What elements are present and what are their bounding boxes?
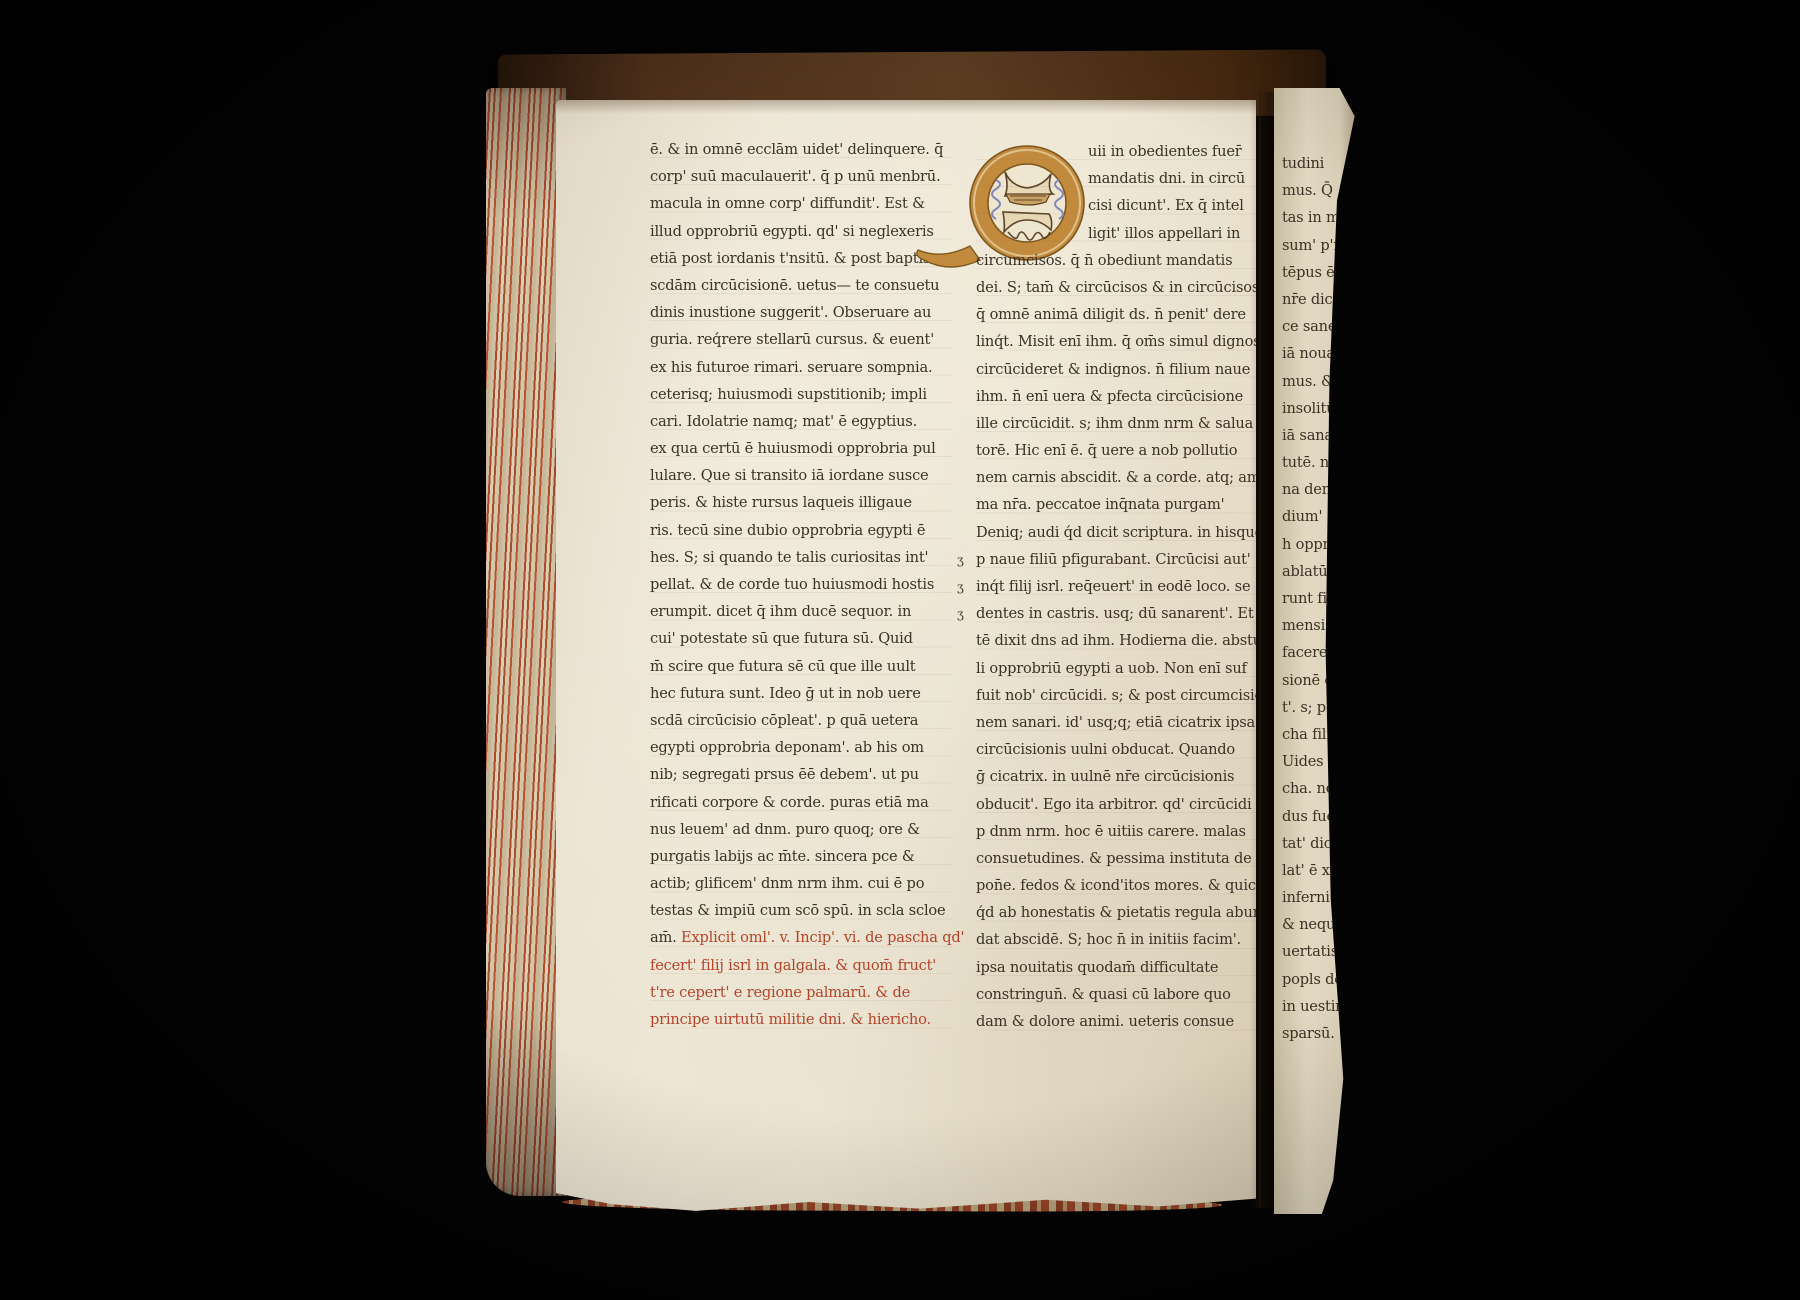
manuscript-text-line: nem carnis abscidit. & a corde. atq; am xyxy=(976,464,1278,491)
manuscript-text-line: ris. tecū sine dubio opprobria egypti ē xyxy=(650,517,952,544)
manuscript-text-line: insolitū xyxy=(1282,395,1368,422)
ink-text: purgatis labijs ac m̄te. sincera pce & xyxy=(650,848,915,865)
ink-text: ex his futuroe rimari. seruare sompnia. xyxy=(650,359,932,376)
manuscript-text-line: ex his futuroe rimari. seruare sompnia. xyxy=(650,354,952,381)
manuscript-text-line: egypti opprobria deponam'. ab his om xyxy=(650,734,952,761)
manuscript-text-line: ille circūcidit. s; ihm dnm nrm & salua xyxy=(976,410,1278,437)
ink-text: tē dixit dns ad ihm. Hodierna die. abstu xyxy=(976,632,1262,649)
ink-text: ris. tecū sine dubio opprobria egypti ē xyxy=(650,522,925,539)
manuscript-text-line: tēpus ē xyxy=(1282,259,1368,286)
manuscript-text-line: tas in m xyxy=(1282,204,1368,231)
manuscript-text-line: circūcideret & indignos. n̄ filium naue xyxy=(976,356,1278,383)
manuscript-text-line: hec futura sunt. Ideo ḡ ut in nob uere xyxy=(650,680,952,707)
manuscript-text-line: fuit nob' circūcidi. s; & post circumcis… xyxy=(976,682,1278,709)
ink-text: nus leuem' ad dnm. puro quoq; ore & xyxy=(650,821,920,838)
manuscript-text-line: q̄ omnē animā diligit ds. n̄ penit' dere xyxy=(976,301,1278,328)
manuscript-text-line: iā noua xyxy=(1282,340,1368,367)
manuscript-text-line: purgatis labijs ac m̄te. sincera pce & xyxy=(650,843,952,870)
ink-text: dei. S; tam̄ & circūcisos & in circūciso… xyxy=(976,279,1264,296)
ink-text: hes. S; si quando te talis curiositas in… xyxy=(650,549,928,566)
ink-text: facere po xyxy=(1282,644,1350,661)
ink-text: iā sanat xyxy=(1282,427,1339,444)
manuscript-text-line: p dnm nrm. hoc ē uitiis carere. malas xyxy=(976,818,1278,845)
manuscript-text-line: ipsa nouitatis quodam̄ difficultate xyxy=(976,954,1278,981)
rubric-text: Explicit oml'. v. Incip'. vi. de pascha … xyxy=(681,929,964,946)
ink-text: ex qua certū ē huiusmodi opprobria pul xyxy=(650,440,936,457)
manuscript-text-line: q́d ab honestatis & pietatis regula abun xyxy=(976,899,1278,926)
ink-text: li opprobriū egypti a uob. Non enī suf xyxy=(976,660,1247,677)
manuscript-text-line: in uestim xyxy=(1282,993,1368,1020)
ink-text: circūcisionis uulni obducat. Quando xyxy=(976,741,1235,758)
ink-text: t'. s; postea xyxy=(1282,699,1364,716)
manuscript-text-line: guria. req́rere stellarū cursus. & euent… xyxy=(650,326,952,353)
facing-page-sliver: tudinimus. Q̄tas in msum' p'ntēpus ēnr̄e… xyxy=(1274,88,1400,1214)
manuscript-text-line: ce saner xyxy=(1282,313,1368,340)
ink-text: constringun̄. & quasi cū labore quo xyxy=(976,986,1231,1003)
ink-text: nem carnis abscidit. & a corde. atq; am xyxy=(976,469,1260,486)
ink-text: tēpus ē xyxy=(1282,264,1335,281)
manuscript-text-line: t're cepert' e regione palmarū. & de xyxy=(650,979,952,1006)
manuscript-text-line: cui' potestate sū que futura sū. Quid xyxy=(650,625,952,652)
manuscript-text-line: actib; glificem' dnm nrm ihm. cui ē po xyxy=(650,870,952,897)
manuscript-text-line: na dem' xyxy=(1282,476,1368,503)
ink-text: lulare. Que si transito iā iordane susce xyxy=(650,467,929,484)
rubric-text: fecert' filij isrl in galgala. & quom̄ f… xyxy=(650,957,936,974)
ink-text: testas & impiū cum scō spū. in scla sclo… xyxy=(650,902,945,919)
manuscript-text-line: t'. s; postea xyxy=(1282,694,1368,721)
ink-text: scdām circūcisionē. uetus— te consuetu xyxy=(650,277,939,294)
ink-text: actib; glificem' dnm nrm ihm. cui ē po xyxy=(650,875,924,892)
ink-text: runt fili xyxy=(1282,590,1336,607)
ink-text: ligit' illos appellari in xyxy=(1088,225,1240,242)
ink-text: scdā circūcisio cōpleat'. p quā uetera xyxy=(650,712,918,729)
manuscript-text-line: testas & impiū cum scō spū. in scla sclo… xyxy=(650,897,952,924)
manuscript-text-line: ma nr̄a. peccatoe inq̄nata purgam' xyxy=(976,491,1278,518)
manuscript-text-line: dinis inustione suggerit'. Obseruare au xyxy=(650,299,952,326)
manuscript-text-line: dium' ea xyxy=(1282,503,1368,530)
manuscript-text-line: ʒinq́t filij isrl. req̄euert' in eodē lo… xyxy=(976,573,1278,600)
rubric-text: principe uirtutū militie dni. & hiericho… xyxy=(650,1011,931,1028)
manuscript-text-line: mus. & xyxy=(1282,368,1368,395)
manuscript-text-line: hes. S; si quando te talis curiositas in… xyxy=(650,544,952,571)
ink-text: cha filij i xyxy=(1282,726,1344,743)
ink-text: rificati corpore & corde. puras etiā ma xyxy=(650,794,929,811)
manuscript-text-line: cisi dicunt'. Ex q̄ intel xyxy=(976,192,1278,219)
ink-text: nr̄e dici xyxy=(1282,291,1337,308)
ink-text: mensis. H xyxy=(1282,617,1354,634)
manuscript-text-line: nib; segregati prsus ēē debem'. ut pu xyxy=(650,761,952,788)
manuscript-text-line: ihm. n̄ enī uera & pfecta circūcisione xyxy=(976,383,1278,410)
ink-text: tat' dicent xyxy=(1282,835,1355,852)
ink-text: mus. Q̄ xyxy=(1282,182,1333,199)
manuscript-text-line: ʒp naue filiū pfigurabant. Circūcisi aut… xyxy=(976,546,1278,573)
manuscript-text-line: constringun̄. & quasi cū labore quo xyxy=(976,981,1278,1008)
right-text-column: uii in obedientes fuer̄mandatis dni. in … xyxy=(976,138,1278,1035)
ink-text: ipsa nouitatis quodam̄ difficultate xyxy=(976,959,1218,976)
manuscript-text-line: sparsū. & xyxy=(1282,1020,1368,1047)
ink-text: dinis inustione suggerit'. Obseruare au xyxy=(650,304,931,321)
ink-text: ce saner xyxy=(1282,318,1343,335)
manuscript-text-line: dus fuer xyxy=(1282,803,1368,830)
ink-text: popls de xyxy=(1282,971,1343,988)
manuscript-photo: ē. & in omnē ecclām uidet' delinquere. q… xyxy=(0,0,1800,1300)
ink-text: dus fuer xyxy=(1282,808,1342,825)
manuscript-text-line: iā sanat xyxy=(1282,422,1368,449)
manuscript-text-line: principe uirtutū militie dni. & hiericho… xyxy=(650,1006,952,1033)
ink-text: consuetudines. & pessima instituta de xyxy=(976,850,1252,867)
ink-text: circūcideret & indignos. n̄ filium naue xyxy=(976,361,1250,378)
ink-text: am̄. xyxy=(650,929,681,946)
ink-text: circumcisos. q̄ n̄ obediunt mandatis xyxy=(976,252,1232,269)
ink-text: ē. & in omnē ecclām uidet' delinquere. q… xyxy=(650,141,943,158)
manuscript-text-line: cha. nemo xyxy=(1282,775,1368,802)
ink-text: pellat. & de corde tuo huiusmodi hostis xyxy=(650,576,934,593)
ink-text: etiā post iordanis t'nsitū. & post bapti… xyxy=(650,250,944,267)
ink-text: p naue filiū pfigurabant. Circūcisi aut' xyxy=(976,551,1251,568)
margin-quote-mark: ʒ xyxy=(957,574,964,601)
ink-text: fuit nob' circūcidi. s; & post circumcis… xyxy=(976,687,1263,704)
manuscript-text-line: nr̄e dici xyxy=(1282,286,1368,313)
ink-text: inferni to xyxy=(1282,889,1348,906)
ink-text: tudini xyxy=(1282,155,1324,172)
ink-text: cisi dicunt'. Ex q̄ intel xyxy=(1088,197,1244,214)
manuscript-text-line: mandatis dni. in circū xyxy=(976,165,1278,192)
ink-text: in uestim xyxy=(1282,998,1349,1015)
ink-text: Uides ḡ. q̄ xyxy=(1282,753,1355,770)
manuscript-text-line: tē dixit dns ad ihm. Hodierna die. abstu xyxy=(976,627,1278,654)
manuscript-text-line: cha filij i xyxy=(1282,721,1368,748)
ink-text: nem sanari. id' usq;q; etiā cicatrix ips… xyxy=(976,714,1255,731)
facing-page-text-column: tudinimus. Q̄tas in msum' p'ntēpus ēnr̄e… xyxy=(1282,150,1368,1047)
manuscript-text-line: sum' p'n xyxy=(1282,232,1368,259)
ink-text: h opprob xyxy=(1282,536,1347,553)
manuscript-text-line: tutē. nou xyxy=(1282,449,1368,476)
ink-text: hec futura sunt. Ideo ḡ ut in nob uere xyxy=(650,685,921,702)
ink-text: uii in obedientes fuer̄ xyxy=(1088,143,1242,160)
ink-text: corp' suū maculauerit'. q̄ p unū menbrū. xyxy=(650,168,940,185)
manuscript-text-line: mensis. H xyxy=(1282,612,1368,639)
ink-text: iā noua xyxy=(1282,345,1335,362)
manuscript-text-line: & nequic xyxy=(1282,911,1368,938)
manuscript-text-line: pellat. & de corde tuo huiusmodi hostis xyxy=(650,571,952,598)
manuscript-text-line: ligit' illos appellari in xyxy=(976,220,1278,247)
manuscript-text-line: m̄ scire que futura sē cū que ille uult xyxy=(650,653,952,680)
manuscript-text-line: circumcisos. q̄ n̄ obediunt mandatis xyxy=(976,247,1278,274)
ink-text: & nequic xyxy=(1282,916,1348,933)
ink-text: peris. & histe rursus laqueis illigaue xyxy=(650,494,912,511)
page-stack-fore-edge xyxy=(486,88,566,1196)
manuscript-text-line: ablatū ē xyxy=(1282,558,1368,585)
ink-text: lat' ē xpc. xyxy=(1282,862,1351,879)
manuscript-text-line: nem sanari. id' usq;q; etiā cicatrix ips… xyxy=(976,709,1278,736)
ink-text: uertatis. xyxy=(1282,943,1342,960)
ink-text: pon̄e. fedos & icond'itos mores. & quic xyxy=(976,877,1256,894)
margin-quote-mark: ʒ xyxy=(957,547,964,574)
manuscript-text-line: Uides ḡ. q̄ xyxy=(1282,748,1368,775)
ink-text: na dem' xyxy=(1282,481,1339,498)
manuscript-text-line: dat abscidē. S; hoc n̄ in initiis facim'… xyxy=(976,926,1278,953)
ink-text: dium' ea xyxy=(1282,508,1344,525)
ink-text: mandatis dni. in circū xyxy=(1088,170,1245,187)
ink-text: sum' p'n xyxy=(1282,237,1343,254)
ink-text: ihm. n̄ enī uera & pfecta circūcisione xyxy=(976,388,1243,405)
manuscript-text-line: inferni to xyxy=(1282,884,1368,911)
manuscript-text-line: cari. Idolatrie namq; mat' ē egyptius. xyxy=(650,408,952,435)
ink-text: cha. nemo xyxy=(1282,780,1356,797)
manuscript-text-line: tudini xyxy=(1282,150,1368,177)
ink-text: erumpit. dicet q̄ ihm ducē sequor. in xyxy=(650,603,911,620)
ink-text: sparsū. & xyxy=(1282,1025,1352,1042)
manuscript-text-line: sionē car xyxy=(1282,667,1368,694)
ink-text: ḡ cicatrix. in uulnē nr̄e circūcisionis xyxy=(976,768,1234,785)
rubric-text: t're cepert' e regione palmarū. & de xyxy=(650,984,910,1001)
manuscript-text-line: peris. & histe rursus laqueis illigaue xyxy=(650,489,952,516)
manuscript-text-line: h opprob xyxy=(1282,531,1368,558)
manuscript-text-line: dei. S; tam̄ & circūcisos & in circūciso… xyxy=(976,274,1278,301)
manuscript-text-line: scdā circūcisio cōpleat'. p quā uetera xyxy=(650,707,952,734)
ink-text: nib; segregati prsus ēē debem'. ut pu xyxy=(650,766,919,783)
ink-text: m̄ scire que futura sē cū que ille uult xyxy=(650,658,915,675)
ink-text: ma nr̄a. peccatoe inq̄nata purgam' xyxy=(976,496,1224,513)
manuscript-text-line: ceterisq; huiusmodi supstitionib; impli xyxy=(650,381,952,408)
ink-text: egypti opprobria deponam'. ab his om xyxy=(650,739,924,756)
manuscript-text-line: facere po xyxy=(1282,639,1368,666)
ink-text: p dnm nrm. hoc ē uitiis carere. malas xyxy=(976,823,1246,840)
manuscript-text-line: mus. Q̄ xyxy=(1282,177,1368,204)
ink-text: tutē. nou xyxy=(1282,454,1347,471)
manuscript-text-line: runt fili xyxy=(1282,585,1368,612)
manuscript-text-line: lat' ē xpc. xyxy=(1282,857,1368,884)
ink-text: q́d ab honestatis & pietatis regula abun xyxy=(976,904,1262,921)
margin-quote-mark: ʒ xyxy=(957,601,964,628)
manuscript-text-line: consuetudines. & pessima instituta de xyxy=(976,845,1278,872)
manuscript-text-line: Deniq; audi q́d dicit scriptura. in hisq… xyxy=(976,519,1278,546)
manuscript-text-line: am̄. Explicit oml'. v. Incip'. vi. de pa… xyxy=(650,924,952,951)
ink-text: obducit'. Ego ita arbitror. qd' circūcid… xyxy=(976,796,1252,813)
manuscript-text-line: ʒdentes in castris. usq; dū sanarent'. E… xyxy=(976,600,1278,627)
ink-text: tas in m xyxy=(1282,209,1340,226)
ink-text: ablatū ē xyxy=(1282,563,1340,580)
ink-text: insolitū xyxy=(1282,400,1335,417)
ink-text: mus. & xyxy=(1282,373,1334,390)
ink-text: torē. Hic enī ē. q̄ uere a nob pollutio xyxy=(976,442,1237,459)
ink-text: ille circūcidit. s; ihm dnm nrm & salua xyxy=(976,415,1253,432)
ink-text: dat abscidē. S; hoc n̄ in initiis facim'… xyxy=(976,931,1241,948)
manuscript-text-line: pon̄e. fedos & icond'itos mores. & quic xyxy=(976,872,1278,899)
manuscript-text-line: uertatis. xyxy=(1282,938,1368,965)
manuscript-text-line: ḡ cicatrix. in uulnē nr̄e circūcisionis xyxy=(976,763,1278,790)
manuscript-text-line: ex qua certū ē huiusmodi opprobria pul xyxy=(650,435,952,462)
manuscript-text-line: rificati corpore & corde. puras etiā ma xyxy=(650,789,952,816)
manuscript-text-line: lulare. Que si transito iā iordane susce xyxy=(650,462,952,489)
manuscript-text-line: torē. Hic enī ē. q̄ uere a nob pollutio xyxy=(976,437,1278,464)
ink-text: cui' potestate sū que futura sū. Quid xyxy=(650,630,913,647)
manuscript-text-line: dam & dolore animi. ueteris consue xyxy=(976,1008,1278,1035)
manuscript-text-line: popls de xyxy=(1282,966,1368,993)
ink-text: sionē car xyxy=(1282,672,1348,689)
gutter-fold-shadow xyxy=(1250,92,1278,1208)
manuscript-text-line: circūcisionis uulni obducat. Quando xyxy=(976,736,1278,763)
manuscript-text-line: fecert' filij isrl in galgala. & quom̄ f… xyxy=(650,952,952,979)
manuscript-text-line: nus leuem' ad dnm. puro quoq; ore & xyxy=(650,816,952,843)
ink-text: macula in omne corp' diffundit'. Est & xyxy=(650,195,925,212)
manuscript-text-line: linq́t. Misit enī ihm. q̄ om̄s simul dig… xyxy=(976,328,1278,355)
manuscript-text-line: erumpit. dicet q̄ ihm ducē sequor. in xyxy=(650,598,952,625)
ink-text: inq́t filij isrl. req̄euert' in eodē loc… xyxy=(976,578,1250,595)
ink-text: q̄ omnē animā diligit ds. n̄ penit' dere xyxy=(976,306,1246,323)
ink-text: linq́t. Misit enī ihm. q̄ om̄s simul dig… xyxy=(976,333,1260,350)
manuscript-text-line: tat' dicent xyxy=(1282,830,1368,857)
ink-text: Deniq; audi q́d dicit scriptura. in hisq… xyxy=(976,524,1263,541)
manuscript-text-line: li opprobriū egypti a uob. Non enī suf xyxy=(976,655,1278,682)
ink-text: ceterisq; huiusmodi supstitionib; impli xyxy=(650,386,927,403)
ink-text: dam & dolore animi. ueteris consue xyxy=(976,1013,1234,1030)
ink-text: cari. Idolatrie namq; mat' ē egyptius. xyxy=(650,413,917,430)
ink-text: dentes in castris. usq; dū sanarent'. Et xyxy=(976,605,1254,622)
manuscript-text-line: obducit'. Ego ita arbitror. qd' circūcid… xyxy=(976,791,1278,818)
ink-text: illud opprobriū egypti. qd' si neglexeri… xyxy=(650,223,934,240)
manuscript-text-line: uii in obedientes fuer̄ xyxy=(976,138,1278,165)
ink-text: guria. req́rere stellarū cursus. & euent… xyxy=(650,331,934,348)
manuscript-page: ē. & in omnē ecclām uidet' delinquere. q… xyxy=(556,100,1256,1212)
